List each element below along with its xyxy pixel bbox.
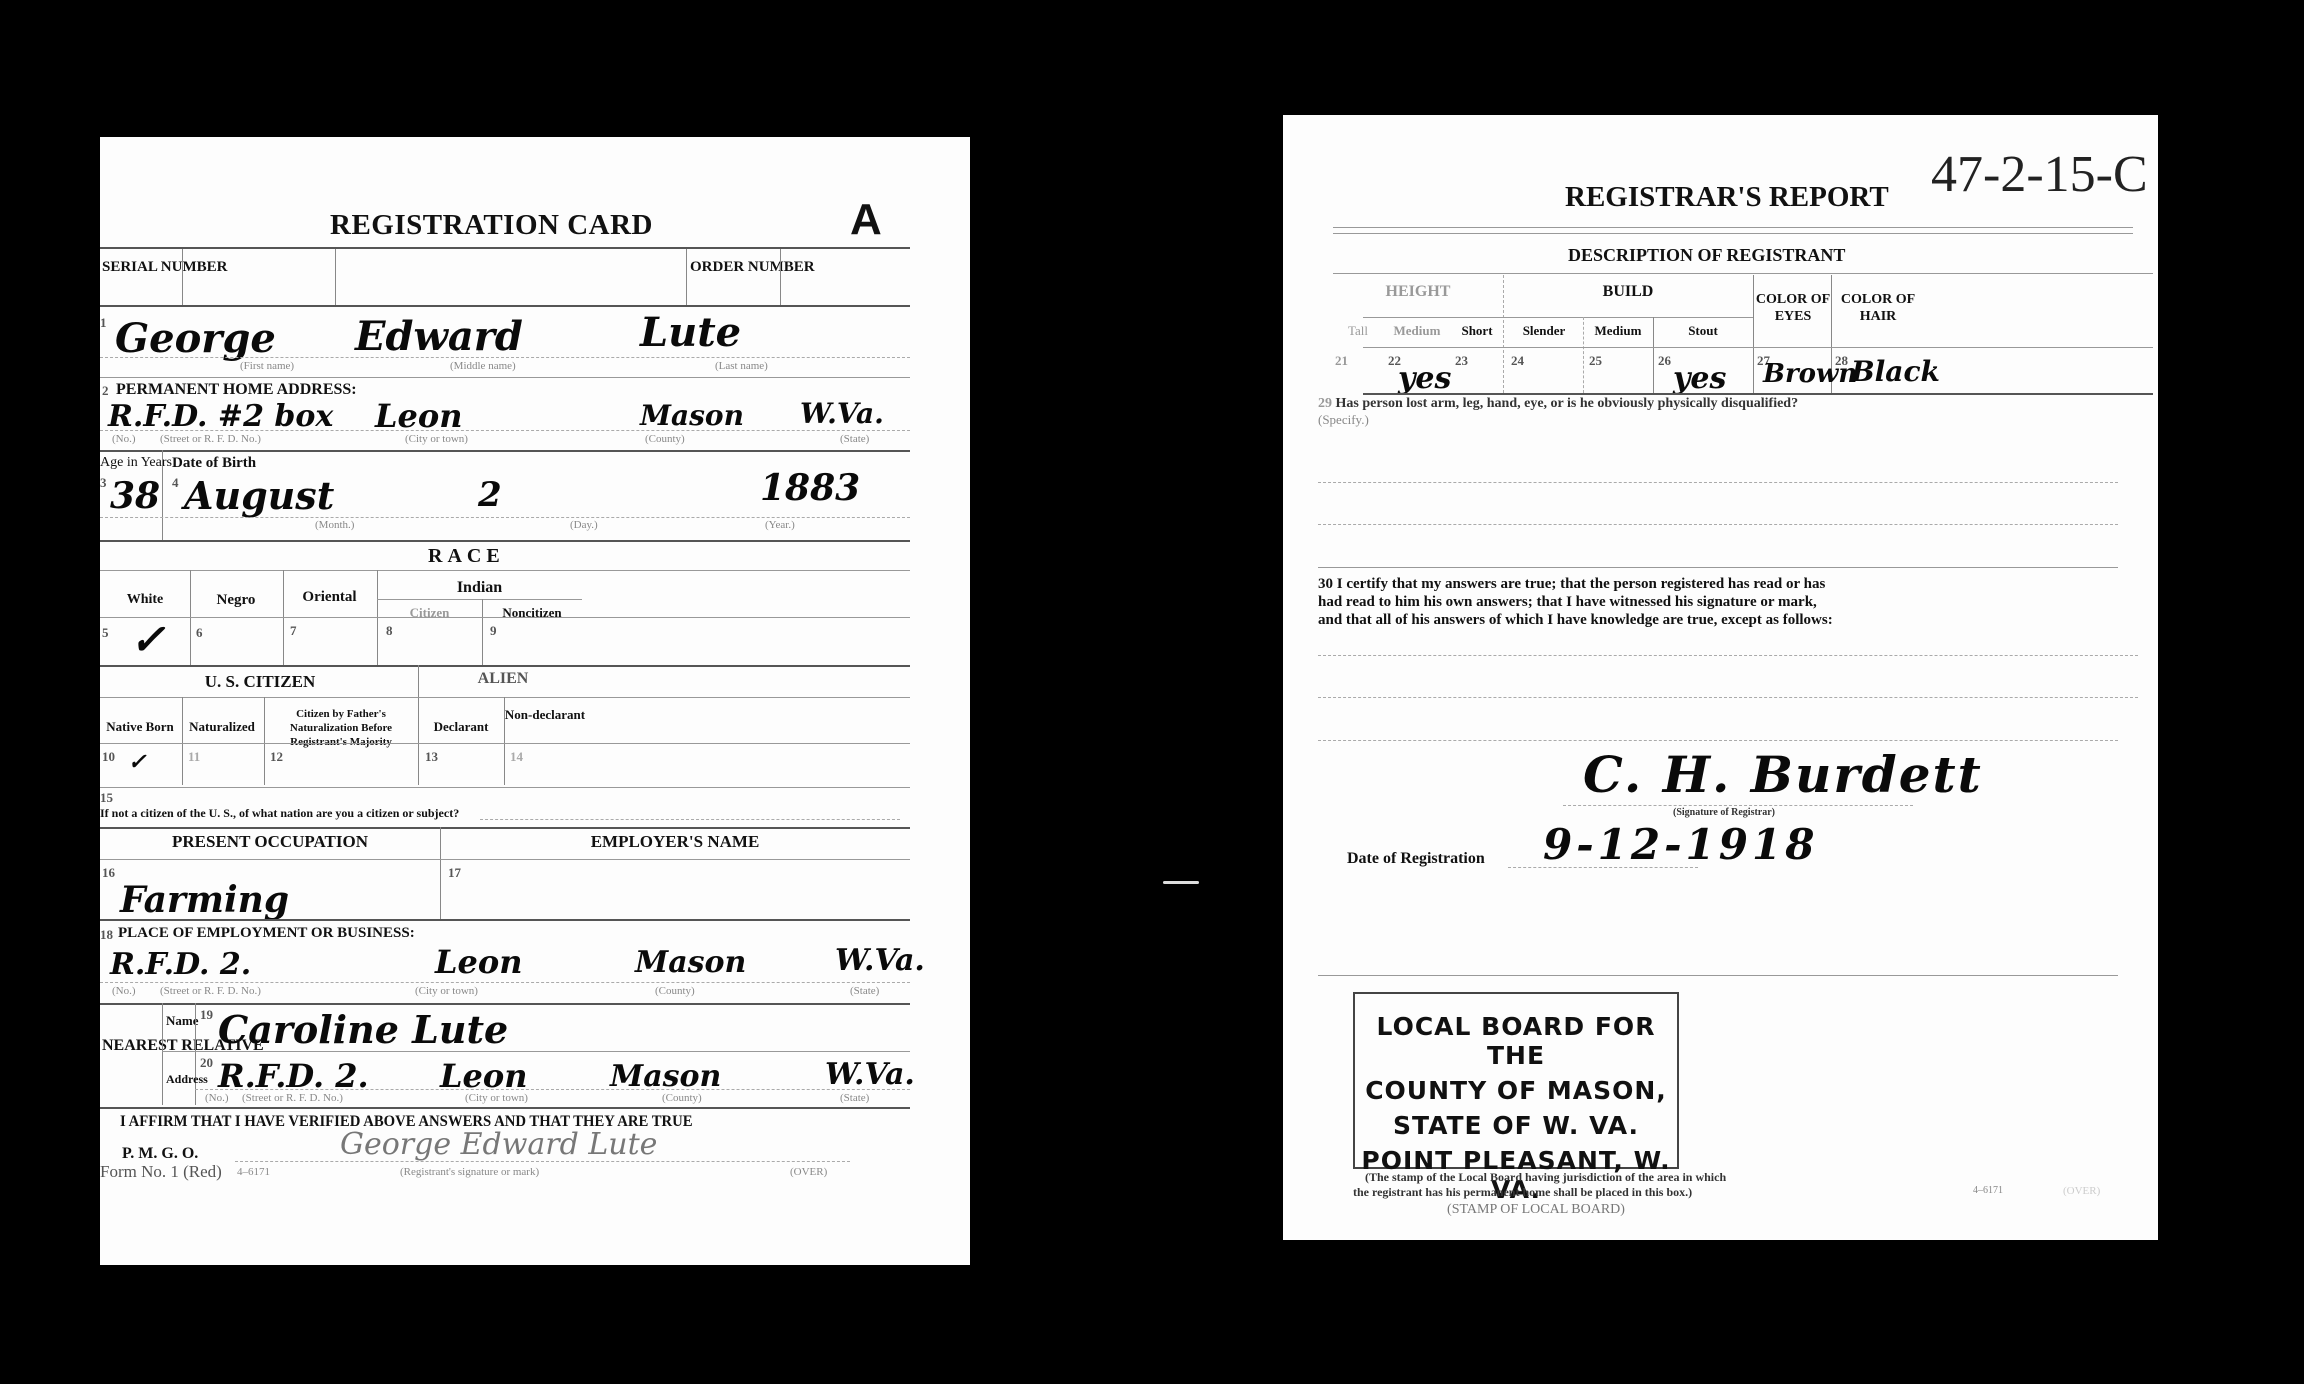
field-number: 7 (290, 623, 297, 639)
registrar-signature-label: (Signature of Registrar) (1673, 807, 1775, 818)
last-name: Lute (640, 309, 741, 356)
sublabel: (State) (850, 985, 879, 997)
print-code: 4–6171 (237, 1166, 270, 1178)
report-title: REGISTRAR'S REPORT (1565, 181, 1889, 214)
build-slender-label: Slender (1505, 323, 1583, 339)
registrar-signature: C. H. Burdett (1583, 745, 1983, 804)
print-code: 4–6171 (1973, 1185, 2003, 1196)
race-indian-noncitizen-label: Noncitizen (482, 605, 582, 621)
field-number: 13 (425, 749, 438, 765)
birth-year: 1883 (760, 467, 860, 509)
form-code: P. M. G. O. (122, 1145, 198, 1163)
field-number: 6 (196, 625, 203, 641)
field-number: 4 (172, 475, 179, 491)
sublabel: (Street or R. F. D. No.) (160, 985, 261, 997)
question-text: Has person lost arm, leg, hand, eye, or … (1336, 396, 1799, 411)
race-white-label: White (100, 592, 190, 608)
sublabel: (No.) (112, 985, 136, 997)
race-indian-citizen-label: Citizen (377, 605, 482, 621)
sublabel: (City or town) (405, 433, 468, 445)
field-number: 21 (1335, 353, 1348, 369)
stamp-line-3: STATE OF W. VA. (1355, 1111, 1677, 1140)
field-number: 8 (386, 623, 393, 639)
employment-street: R.F.D. 2. (110, 947, 251, 982)
home-address-label: PERMANENT HOME ADDRESS: (116, 381, 357, 399)
nearest-relative-label: NEAREST RELATIVE (102, 1037, 182, 1055)
specify-label: (Specify.) (1318, 412, 1369, 428)
field-number: 11 (188, 749, 200, 765)
field-number: 19 (200, 1007, 213, 1023)
field-number: 24 (1511, 353, 1524, 369)
employment-county: Mason (635, 945, 746, 980)
employer-header: EMPLOYER'S NAME (440, 832, 910, 852)
signature-label: (Registrant's signature or mark) (400, 1166, 539, 1178)
field-number: 30 (1318, 576, 1333, 592)
native-born-check: ✓ (128, 749, 146, 775)
form-number: Form No. 1 (Red) (100, 1162, 222, 1182)
occupation-header: PRESENT OCCUPATION (100, 832, 440, 852)
field-number: 17 (448, 865, 461, 881)
stamp-note: (The stamp of the Local Board having jur… (1353, 1170, 1726, 1200)
age-value: 38 (110, 475, 160, 517)
field-number: 14 (510, 749, 523, 765)
alien-label: ALIEN (418, 670, 588, 688)
certification-line-2: had read to him his own answers; that I … (1318, 593, 1833, 611)
field-number: 10 (102, 749, 115, 765)
race-negro-label: Negro (190, 592, 282, 609)
registrant-signature: George Edward Lute (340, 1127, 657, 1162)
card-title: REGISTRATION CARD (330, 209, 653, 242)
day-label: (Day.) (570, 519, 598, 531)
sublabel: (Street or R. F. D. No.) (160, 433, 261, 445)
relative-address-label: Address (166, 1072, 208, 1087)
hair-color-value: Black (1851, 355, 1940, 388)
first-name: George (115, 315, 276, 362)
serial-number-label: SERIAL NUMBER (102, 259, 182, 276)
us-citizen-label: U. S. CITIZEN (100, 672, 420, 692)
field-number: 25 (1589, 353, 1602, 369)
stamp-note-line-2: the registrant has his permanent home sh… (1353, 1185, 1726, 1200)
height-medium-value: yes (1398, 361, 1451, 396)
height-medium-label: Medium (1383, 323, 1451, 339)
eye-color-label: COLOR OF EYES (1753, 291, 1833, 325)
field-number: 23 (1455, 353, 1468, 369)
relative-state: W.Va. (825, 1057, 915, 1092)
employment-city: Leon (435, 943, 522, 981)
over-label: (OVER) (2063, 1185, 2100, 1197)
certification-line-1: 30 I certify that my answers are true; t… (1318, 575, 1833, 593)
registration-card: REGISTRATION CARD A SERIAL NUMBER ORDER … (100, 137, 970, 1265)
last-name-label: (Last name) (715, 360, 768, 372)
eye-color-value: Brown (1763, 359, 1857, 389)
registration-date-label: Date of Registration (1347, 850, 1485, 868)
description-title: DESCRIPTION OF REGISTRANT (1568, 245, 1845, 266)
sublabel: (State) (840, 433, 869, 445)
field-number: 5 (102, 625, 109, 641)
home-county: Mason (640, 399, 744, 432)
month-label: (Month.) (315, 519, 354, 531)
hair-color-label: COLOR OF HAIR (1833, 291, 1923, 325)
local-board-stamp-box: LOCAL BOARD FOR THE COUNTY OF MASON, STA… (1353, 992, 1679, 1169)
field-number: 18 (100, 927, 113, 943)
employment-state: W.Va. (835, 943, 925, 978)
field-number: 2 (102, 383, 109, 399)
order-number-label: ORDER NUMBER (690, 259, 775, 276)
declarant-label: Declarant (418, 719, 504, 735)
height-short-label: Short (1451, 323, 1503, 339)
race-oriental-label: Oriental (283, 589, 376, 606)
relative-name-label: Name (166, 1013, 199, 1029)
field-number: 9 (490, 623, 497, 639)
field-number: 26 (1658, 353, 1671, 369)
over-label: (OVER) (790, 1166, 827, 1178)
field-number: 1 (100, 315, 107, 331)
race-indian-label: Indian (377, 579, 582, 597)
race-title: RACE (428, 545, 505, 568)
height-label: HEIGHT (1333, 283, 1503, 301)
occupation-value: Farming (120, 879, 289, 921)
middle-name: Edward (355, 313, 523, 360)
birth-day: 2 (478, 475, 502, 515)
sublabel: (No.) (205, 1092, 229, 1104)
sublabel: (State) (840, 1092, 869, 1104)
relative-name: Caroline Lute (218, 1007, 508, 1052)
sublabel: (City or town) (465, 1092, 528, 1104)
stamp-note-line-1: (The stamp of the Local Board having jur… (1353, 1170, 1726, 1185)
sublabel: (County) (662, 1092, 702, 1104)
certification-line-3: and that all of his answers of which I h… (1318, 611, 1833, 629)
field-number: 29 (1318, 396, 1332, 411)
stamp-line-1: LOCAL BOARD FOR THE (1355, 1012, 1677, 1070)
stamp-line-2: COUNTY OF MASON, (1355, 1076, 1677, 1105)
home-state: W.Va. (800, 397, 884, 430)
build-medium-label: Medium (1583, 323, 1653, 339)
height-tall-label: Tall (1333, 323, 1383, 339)
citizen-nation-question: If not a citizen of the U. S., of what n… (100, 806, 459, 821)
build-label: BUILD (1503, 283, 1753, 301)
naturalized-label: Naturalized (182, 719, 262, 735)
disqualification-question: 29 Has person lost arm, leg, hand, eye, … (1318, 396, 1798, 412)
sublabel: (County) (655, 985, 695, 997)
certification-line: I certify that my answers are true; that… (1337, 576, 1826, 592)
build-stout-value: yes (1673, 361, 1726, 396)
sublabel: (County) (645, 433, 685, 445)
native-born-label: Native Born (100, 719, 180, 735)
race-white-check: ✓ (130, 615, 165, 664)
year-label: (Year.) (765, 519, 795, 531)
card-letter: A (850, 195, 882, 245)
field-number: 16 (102, 865, 115, 881)
non-declarant-label: Non-declarant (504, 707, 586, 722)
employment-place-label: PLACE OF EMPLOYMENT OR BUSINESS: (118, 925, 415, 942)
registrars-report-card: REGISTRAR'S REPORT 47-2-15-C DESCRIPTION… (1283, 115, 2158, 1240)
field-number: 15 (100, 790, 113, 806)
middle-name-label: (Middle name) (450, 360, 516, 372)
sublabel: (Street or R. F. D. No.) (242, 1092, 343, 1104)
build-stout-label: Stout (1653, 323, 1753, 339)
sublabel: (No.) (112, 433, 136, 445)
stamp-caption: (STAMP OF LOCAL BOARD) (1355, 1202, 1677, 1218)
dob-label: Date of Birth (172, 455, 256, 472)
certification-text: 30 I certify that my answers are true; t… (1318, 575, 1833, 629)
sublabel: (City or town) (415, 985, 478, 997)
home-street: R.F.D. #2 box (108, 399, 333, 434)
birth-month: August (184, 473, 334, 518)
field-number: 20 (200, 1055, 213, 1071)
field-number: 12 (270, 749, 283, 765)
registration-date-value: 9-12-1918 (1543, 820, 1818, 869)
first-name-label: (First name) (240, 360, 294, 372)
file-number: 47-2-15-C (1931, 145, 2148, 204)
scan-artifact (1163, 881, 1199, 884)
field-number: 3 (100, 475, 107, 491)
